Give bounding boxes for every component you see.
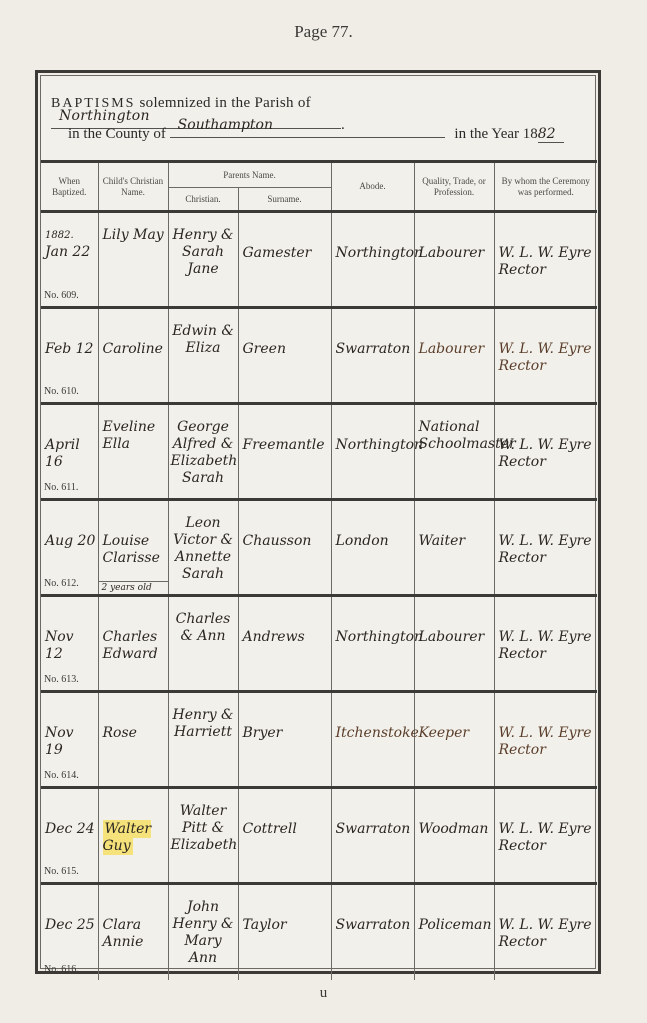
parents-surname: Freemantle xyxy=(243,437,329,454)
child-name: Caroline xyxy=(103,341,166,358)
quality: Labourer xyxy=(419,629,492,646)
parents-surname: Gamester xyxy=(243,245,329,262)
entry-number: No. 610. xyxy=(44,386,79,397)
child-age-note: 2 years old xyxy=(99,581,168,594)
county-field: Southampton xyxy=(170,121,445,138)
heading-text: solemnized in the Parish of xyxy=(135,95,310,111)
col-parents-christian: Christian. xyxy=(168,188,238,212)
parents-christian: Edwin & Eliza xyxy=(171,323,236,357)
by-whom: W. L. W. Eyre Rector xyxy=(499,533,596,567)
col-parents-surname: Surname. xyxy=(238,188,331,212)
entry-date: April 16 xyxy=(45,437,96,471)
parents-christian: Henry & Sarah Jane xyxy=(171,227,236,278)
table-row: Dec 25No. 616. Clara Annie John Henry & … xyxy=(41,884,597,981)
parents-christian: Walter Pitt & Elizabeth xyxy=(171,803,236,854)
abode: Itchenstoke xyxy=(336,725,412,742)
entry-date: Nov 12 xyxy=(45,629,96,663)
entry-date: Nov 19 xyxy=(45,725,96,759)
entry-number: No. 609. xyxy=(44,290,79,301)
parents-surname: Andrews xyxy=(243,629,329,646)
parents-christian: George Alfred & Elizabeth Sarah xyxy=(171,419,236,487)
page-title: Page 77. xyxy=(0,22,647,42)
entry-date: Dec 24 xyxy=(45,821,96,838)
by-whom: W. L. W. Eyre Rector xyxy=(499,629,596,663)
abode: Northington xyxy=(336,629,412,646)
col-child: Child's Christian Name. xyxy=(98,162,168,212)
table-row: Nov 19No. 614. Rose Henry & Harriett Bry… xyxy=(41,692,597,788)
quality: Woodman xyxy=(419,821,492,838)
entry-number: No. 614. xyxy=(44,770,79,781)
parents-surname: Green xyxy=(243,341,329,358)
parents-christian: John Henry & Mary Ann xyxy=(171,899,236,967)
year-value: 82 xyxy=(538,126,564,143)
table-row: Nov 12No. 613. Charles Edward Charles & … xyxy=(41,596,597,692)
parents-surname: Bryer xyxy=(243,725,329,742)
by-whom: W. L. W. Eyre Rector xyxy=(499,725,596,759)
footer-signature-mark: u xyxy=(0,985,647,1002)
entry-number: No. 613. xyxy=(44,674,79,685)
by-whom: W. L. W. Eyre Rector xyxy=(499,821,596,855)
col-parents: Parents Name. xyxy=(168,162,331,188)
by-whom: W. L. W. Eyre Rector xyxy=(499,437,596,471)
col-quality: Quality, Trade, or Profession. xyxy=(414,162,494,212)
abode: London xyxy=(336,533,412,550)
table-row: April 16No. 611. Eveline Ella George Alf… xyxy=(41,404,597,500)
entry-number: No. 616. xyxy=(44,964,79,975)
parents-christian: Leon Victor & Annette Sarah xyxy=(171,515,236,583)
year-label: in the Year 18 xyxy=(454,126,537,142)
parents-surname: Chausson xyxy=(243,533,329,550)
child-name: Charles Edward xyxy=(103,629,166,663)
child-name: Rose xyxy=(103,725,166,742)
highlight-mark: Walter Guy xyxy=(103,820,152,855)
abode: Swarraton xyxy=(336,917,412,934)
baptism-table: When Baptized. Child's Christian Name. P… xyxy=(41,160,597,980)
by-whom: W. L. W. Eyre Rector xyxy=(499,245,596,279)
table-row: Dec 24No. 615. Walter Guy Walter Pitt & … xyxy=(41,788,597,884)
county-label: in the County of xyxy=(68,126,170,142)
entry-number: No. 611. xyxy=(44,482,78,493)
abode: Northington xyxy=(336,437,412,454)
entry-date: Jan 22 xyxy=(45,244,96,261)
quality: National Schoolmaster xyxy=(419,419,492,453)
col-when: When Baptized. xyxy=(41,162,98,212)
child-name: Eveline Ella xyxy=(103,419,166,453)
entry-date: Aug 20 xyxy=(45,533,96,550)
table-row: Aug 20No. 612. Louise Clarisse2 years ol… xyxy=(41,500,597,596)
child-name-highlighted: Walter Guy xyxy=(103,821,166,855)
quality: Labourer xyxy=(419,341,492,358)
quality: Labourer xyxy=(419,245,492,262)
col-by-whom: By whom the Ceremony was performed. xyxy=(494,162,597,212)
table-row: Feb 12No. 610. Caroline Edwin & Eliza Gr… xyxy=(41,308,597,404)
entry-year: 1882. xyxy=(45,227,96,244)
quality: Keeper xyxy=(419,725,492,742)
parents-surname: Taylor xyxy=(243,917,329,934)
by-whom: W. L. W. Eyre Rector xyxy=(499,917,596,951)
baptism-register-form: BAPTISMS solemnized in the Parish of Nor… xyxy=(35,70,601,974)
quality: Policeman xyxy=(419,917,492,934)
col-abode: Abode. xyxy=(331,162,414,212)
parents-surname: Cottrell xyxy=(243,821,329,838)
abode: Northington xyxy=(336,245,412,262)
entry-date: Feb 12 xyxy=(45,341,96,358)
entry-number: No. 615. xyxy=(44,866,79,877)
table-row: 1882.Jan 22No. 609. Lily May Henry & Sar… xyxy=(41,212,597,308)
quality: Waiter xyxy=(419,533,492,550)
heading-county-line: in the County of Southampton in the Year… xyxy=(68,121,592,143)
entry-number: No. 612. xyxy=(44,578,79,589)
abode: Swarraton xyxy=(336,821,412,838)
abode: Swarraton xyxy=(336,341,412,358)
county-value: Southampton xyxy=(178,117,273,133)
by-whom: W. L. W. Eyre Rector xyxy=(499,341,596,375)
parents-christian: Henry & Harriett xyxy=(171,707,236,741)
child-name: Clara Annie xyxy=(103,917,166,951)
child-name: Louise Clarisse xyxy=(103,533,166,567)
child-name: Lily May xyxy=(103,227,166,244)
parents-christian: Charles & Ann xyxy=(171,611,236,645)
entry-date: Dec 25 xyxy=(45,917,96,934)
